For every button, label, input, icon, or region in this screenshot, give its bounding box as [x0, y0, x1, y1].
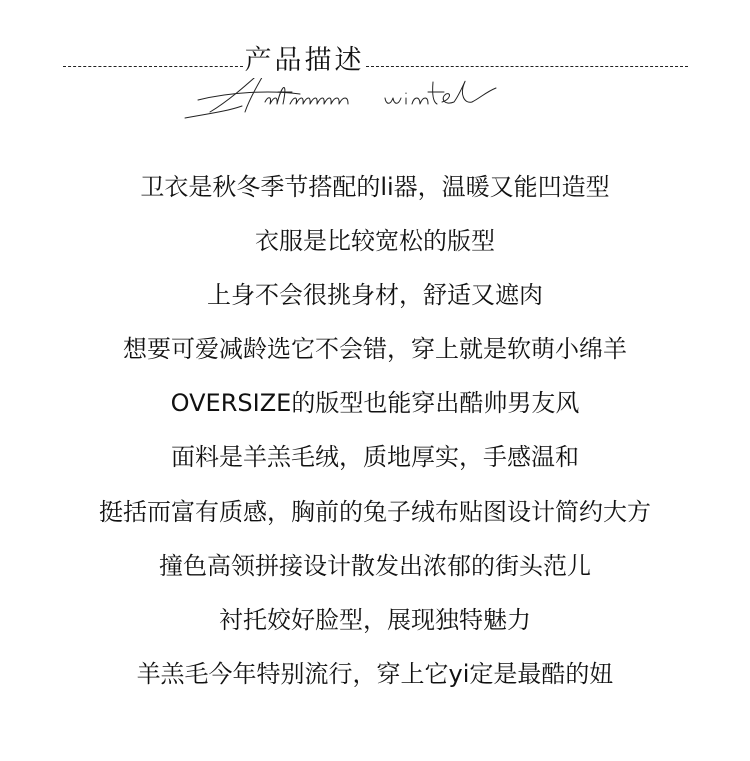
page-title: 产品描述 [243, 44, 366, 78]
description-line: 想要可爱减龄选它不会错，穿上就是软萌小绵羊 [0, 328, 750, 382]
description-line: 面料是羊羔毛绒，质地厚实，手感温和 [0, 436, 750, 490]
description-line: 挺括而富有质感，胸前的兔子绒布贴图设计简约大方 [0, 491, 750, 545]
description-line: 上身不会很挑身材，舒适又遮肉 [0, 274, 750, 328]
section-header: 产品描述 [0, 0, 750, 130]
description-line: 卫衣是秋冬季节搭配的li器，温暖又能凹造型 [0, 166, 750, 220]
product-description: 卫衣是秋冬季节搭配的li器，温暖又能凹造型 衣服是比较宽松的版型 上身不会很挑身… [0, 166, 750, 707]
description-line: 衣服是比较宽松的版型 [0, 220, 750, 274]
description-line: 衬托姣好脸型，展现独特魅力 [0, 599, 750, 653]
description-line: OVERSIZE的版型也能穿出酷帅男友风 [0, 382, 750, 436]
description-line: 撞色高领拼接设计散发出浓郁的街头范儿 [0, 545, 750, 599]
description-line: 羊羔毛今年特别流行，穿上它yi定是最酷的妞 [0, 653, 750, 707]
